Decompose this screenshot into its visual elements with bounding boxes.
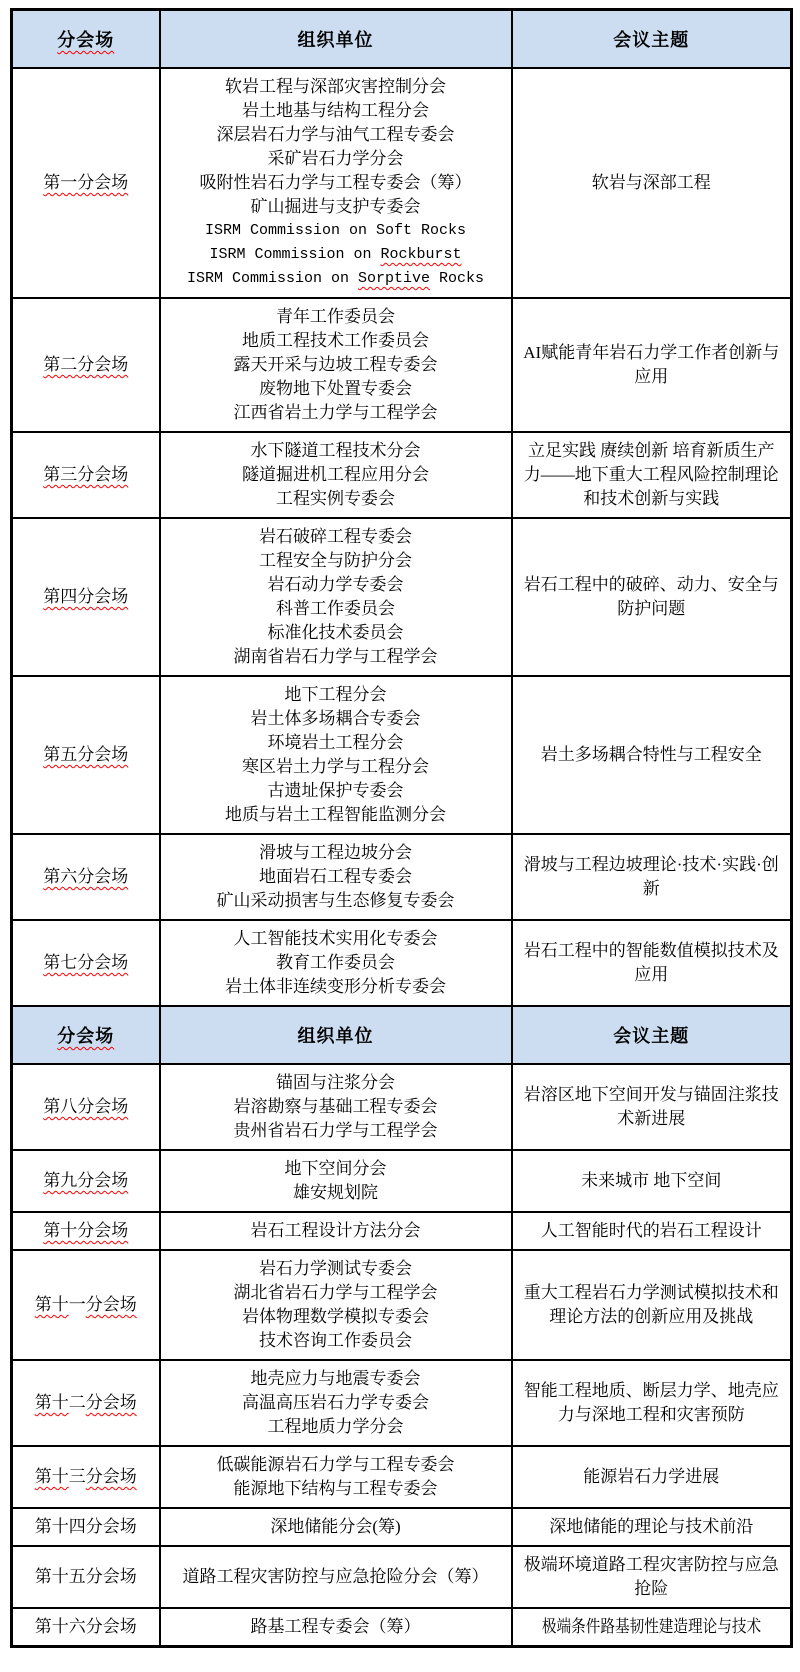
session-cell: 第九分会场 (12, 1150, 160, 1212)
org-unit-line: 岩石动力学专委会 (169, 573, 503, 597)
org-unit-text: 低碳能源岩石力学与工程专委会 (217, 1455, 455, 1474)
org-unit-line: 环境岩土工程分会 (169, 731, 503, 755)
theme-cell: 岩石工程中的智能数值模拟技术及应用 (512, 920, 792, 1006)
session-label-squiggle: 分会场 (86, 1295, 137, 1314)
table-body: 分会场 组织单位 会议主题 第一分会场 软岩工程与深部灾害控制分会岩土地基与结构… (12, 10, 792, 1647)
org-unit-text: Rocks (430, 270, 484, 287)
theme-text: 软岩与深部工程 (592, 171, 711, 195)
theme-cell: 岩石工程中的破碎、动力、安全与防护问题 (512, 518, 792, 676)
theme-cell: 立足实践 赓续创新 培育新质生产力——地下重大工程风险控制理论和技术创新与实践 (512, 432, 792, 518)
theme-cell: 能源岩石力学进展 (512, 1446, 792, 1508)
org-unit-text: 软岩工程与深部灾害控制分会 (225, 77, 446, 96)
org-unit-line: 软岩工程与深部灾害控制分会 (169, 75, 503, 99)
org-unit-line: 江西省岩土力学与工程学会 (169, 401, 503, 425)
org-unit-text: 技术咨询工作委员会 (259, 1331, 412, 1350)
theme-cell: 深地储能的理论与技术前沿 (512, 1508, 792, 1546)
theme-text: 智能工程地质、断层力学、地壳应力与深地工程和灾害预防 (521, 1379, 783, 1427)
org-unit-line: ISRM Commission on Sorptive Rocks (169, 267, 503, 291)
session-cell: 第二分会场 (12, 298, 160, 432)
org-unit-line: 深地储能分会(筹) (169, 1515, 503, 1539)
org-unit-line: 人工智能技术实用化专委会 (169, 927, 503, 951)
org-cell: 路基工程专委会（筹） (160, 1608, 512, 1647)
session-label-squiggle: 第八分会场 (43, 1097, 128, 1116)
org-unit-text: 能源地下结构与工程专委会 (234, 1479, 438, 1498)
header-cell-org: 组织单位 (160, 1006, 512, 1064)
org-unit-line: 露天开采与边坡工程专委会 (169, 353, 503, 377)
org-unit-text: 湖南省岩石力学与工程学会 (234, 647, 438, 666)
theme-cell: 软岩与深部工程 (512, 68, 792, 298)
theme-text: 重大工程岩石力学测试模拟技术和理论方法的创新应用及挑战 (521, 1281, 783, 1329)
org-cell: 地下空间分会雄安规划院 (160, 1150, 512, 1212)
org-unit-text: 岩土地基与结构工程分会 (242, 101, 429, 120)
org-unit-text: 工程安全与防护分会 (259, 551, 412, 570)
org-unit-text: 采矿岩石力学分会 (268, 149, 404, 168)
org-unit-line: 采矿岩石力学分会 (169, 147, 503, 171)
org-cell: 岩石工程设计方法分会 (160, 1212, 512, 1250)
org-unit-line: 教育工作委员会 (169, 951, 503, 975)
org-unit-text: 路基工程专委会（筹） (251, 1617, 421, 1636)
org-unit-line: 工程实例专委会 (169, 487, 503, 511)
org-unit-line: 岩石破碎工程专委会 (169, 525, 503, 549)
header-org-label: 组织单位 (298, 1026, 374, 1046)
theme-cell: 极端环境道路工程灾害防控与应急抢险 (512, 1546, 792, 1608)
header-cell-session: 分会场 (12, 10, 160, 69)
header-cell-session: 分会场 (12, 1006, 160, 1064)
header-org-label: 组织单位 (298, 30, 374, 50)
org-unit-line: 地下工程分会 (169, 683, 503, 707)
org-cell: 低碳能源岩石力学与工程专委会能源地下结构与工程专委会 (160, 1446, 512, 1508)
theme-cell: 人工智能时代的岩石工程设计 (512, 1212, 792, 1250)
org-unit-line: ISRM Commission on Rockburst (169, 243, 503, 267)
org-unit-text: 科普工作委员会 (276, 599, 395, 618)
org-cell: 岩石力学测试专委会湖北省岩石力学与工程学会岩体物理数学模拟专委会技术咨询工作委员… (160, 1250, 512, 1360)
theme-cell: 重大工程岩石力学测试模拟技术和理论方法的创新应用及挑战 (512, 1250, 792, 1360)
table-row: 第十二分会场 地壳应力与地震专委会高温高压岩石力学专委会工程地质力学分会 智能工… (12, 1360, 792, 1446)
theme-text: AI赋能青年岩石力学工作者创新与应用 (521, 341, 783, 389)
session-cell: 第十二分会场 (12, 1360, 160, 1446)
theme-text: 立足实践 赓续创新 培育新质生产力——地下重大工程风险控制理论和技术创新与实践 (521, 439, 783, 511)
header-cell-theme: 会议主题 (512, 10, 792, 69)
org-unit-line: 高温高压岩石力学专委会 (169, 1391, 503, 1415)
org-unit-text: 地面岩石工程专委会 (259, 867, 412, 886)
org-unit-text: 道路工程灾害防控与应急抢险分会（筹） (183, 1567, 489, 1586)
table-row: 第二分会场 青年工作委员会地质工程技术工作委员会露天开采与边坡工程专委会废物地下… (12, 298, 792, 432)
org-unit-text: 岩土体多场耦合专委会 (251, 709, 421, 728)
org-unit-text: 岩溶勘察与基础工程专委会 (234, 1097, 438, 1116)
org-unit-text: 地壳应力与地震专委会 (251, 1369, 421, 1388)
session-label-squiggle: 第四分会场 (43, 587, 128, 606)
org-unit-text: 青年工作委员会 (276, 307, 395, 326)
org-cell: 锚固与注浆分会岩溶勘察与基础工程专委会贵州省岩石力学与工程学会 (160, 1064, 512, 1150)
theme-cell: AI赋能青年岩石力学工作者创新与应用 (512, 298, 792, 432)
theme-cell: 滑坡与工程边坡理论·技术·实践·创新 (512, 834, 792, 920)
org-unit-text: 岩体物理数学模拟专委会 (242, 1307, 429, 1326)
table-row: 第一分会场 软岩工程与深部灾害控制分会岩土地基与结构工程分会深层岩石力学与油气工… (12, 68, 792, 298)
org-unit-text: 废物地下处置专委会 (259, 379, 412, 398)
session-cell: 第三分会场 (12, 432, 160, 518)
theme-text: 岩石工程中的破碎、动力、安全与防护问题 (521, 573, 783, 621)
org-unit-line: 矿山掘进与支护专委会 (169, 195, 503, 219)
session-cell: 第十五分会场 (12, 1546, 160, 1608)
org-unit-text: 滑坡与工程边坡分会 (259, 843, 412, 862)
org-cell: 道路工程灾害防控与应急抢险分会（筹） (160, 1546, 512, 1608)
org-cell: 水下隧道工程技术分会隧道掘进机工程应用分会工程实例专委会 (160, 432, 512, 518)
session-label-squiggle: 第十 (35, 1295, 69, 1314)
org-unit-text: 水下隧道工程技术分会 (251, 441, 421, 460)
org-unit-text: 教育工作委员会 (276, 953, 395, 972)
org-unit-line: 锚固与注浆分会 (169, 1071, 503, 1095)
theme-cell: 岩土多场耦合特性与工程安全 (512, 676, 792, 834)
org-unit-line: 路基工程专委会（筹） (169, 1615, 503, 1639)
org-unit-line: 地壳应力与地震专委会 (169, 1367, 503, 1391)
table-row: 第六分会场 滑坡与工程边坡分会地面岩石工程专委会矿山采动损害与生态修复专委会 滑… (12, 834, 792, 920)
org-unit-text: 岩土体非连续变形分析专委会 (225, 977, 446, 996)
org-unit-text: 环境岩土工程分会 (268, 733, 404, 752)
org-unit-text: 古遗址保护专委会 (268, 781, 404, 800)
org-unit-line: 地面岩石工程专委会 (169, 865, 503, 889)
session-label-squiggle: 第十分会场 (43, 1221, 128, 1240)
org-unit-line: 工程安全与防护分会 (169, 549, 503, 573)
org-unit-text: 江西省岩土力学与工程学会 (234, 403, 438, 422)
org-unit-line: 岩石力学测试专委会 (169, 1257, 503, 1281)
org-unit-text: 深层岩石力学与油气工程专委会 (217, 125, 455, 144)
org-unit-line: 低碳能源岩石力学与工程专委会 (169, 1453, 503, 1477)
org-unit-text-squiggle: Sorptive (358, 270, 430, 287)
session-label-squiggle: 分会场 (86, 1467, 137, 1486)
session-cell: 第一分会场 (12, 68, 160, 298)
org-unit-line: 废物地下处置专委会 (169, 377, 503, 401)
session-cell: 第十三分会场 (12, 1446, 160, 1508)
org-unit-text: 湖北省岩石力学与工程学会 (234, 1283, 438, 1302)
session-label-squiggle: 分会场 (86, 1393, 137, 1412)
header-session-label: 分会场 (57, 30, 114, 50)
org-unit-text: 岩石破碎工程专委会 (259, 527, 412, 546)
session-cell: 第十一分会场 (12, 1250, 160, 1360)
org-unit-line: 科普工作委员会 (169, 597, 503, 621)
org-unit-line: 贵州省岩石力学与工程学会 (169, 1119, 503, 1143)
org-unit-text: ISRM Commission on (209, 246, 380, 263)
org-unit-line: 工程地质力学分会 (169, 1415, 503, 1439)
org-unit-line: 雄安规划院 (169, 1181, 503, 1205)
org-unit-text: 工程地质力学分会 (268, 1417, 404, 1436)
org-unit-text: 雄安规划院 (293, 1183, 378, 1202)
org-unit-line: 能源地下结构与工程专委会 (169, 1477, 503, 1501)
org-cell: 软岩工程与深部灾害控制分会岩土地基与结构工程分会深层岩石力学与油气工程专委会采矿… (160, 68, 512, 298)
org-unit-line: 道路工程灾害防控与应急抢险分会（筹） (169, 1565, 503, 1589)
table-row: 第十五分会场 道路工程灾害防控与应急抢险分会（筹） 极端环境道路工程灾害防控与应… (12, 1546, 792, 1608)
org-cell: 人工智能技术实用化专委会教育工作委员会岩土体非连续变形分析专委会 (160, 920, 512, 1006)
org-unit-line: 岩溶勘察与基础工程专委会 (169, 1095, 503, 1119)
theme-text: 极端环境道路工程灾害防控与应急抢险 (521, 1553, 783, 1601)
document-page: 分会场 组织单位 会议主题 第一分会场 软岩工程与深部灾害控制分会岩土地基与结构… (0, 0, 800, 1672)
org-unit-line: 岩石工程设计方法分会 (169, 1219, 503, 1243)
session-label: 第十五分会场 (35, 1567, 137, 1586)
theme-text: 岩土多场耦合特性与工程安全 (541, 743, 762, 767)
org-unit-line: 岩土地基与结构工程分会 (169, 99, 503, 123)
org-unit-text: 锚固与注浆分会 (276, 1073, 395, 1092)
org-cell: 滑坡与工程边坡分会地面岩石工程专委会矿山采动损害与生态修复专委会 (160, 834, 512, 920)
org-unit-line: 深层岩石力学与油气工程专委会 (169, 123, 503, 147)
org-unit-line: 水下隧道工程技术分会 (169, 439, 503, 463)
header-cell-theme: 会议主题 (512, 1006, 792, 1064)
session-label-squiggle: 第三分会场 (43, 465, 128, 484)
header-session-label: 分会场 (57, 1026, 114, 1046)
table-row: 第三分会场 水下隧道工程技术分会隧道掘进机工程应用分会工程实例专委会 立足实践 … (12, 432, 792, 518)
theme-text: 滑坡与工程边坡理论·技术·实践·创新 (521, 853, 783, 901)
org-unit-text-squiggle: Rockburst (381, 246, 462, 263)
header-theme-label: 会议主题 (613, 1026, 689, 1046)
session-cell: 第四分会场 (12, 518, 160, 676)
org-unit-line: 地下空间分会 (169, 1157, 503, 1181)
session-label-squiggle: 第五分会场 (43, 745, 128, 764)
org-unit-text: 地下工程分会 (285, 685, 387, 704)
org-unit-line: 技术咨询工作委员会 (169, 1329, 503, 1353)
org-cell: 青年工作委员会地质工程技术工作委员会露天开采与边坡工程专委会废物地下处置专委会江… (160, 298, 512, 432)
session-cell: 第六分会场 (12, 834, 160, 920)
org-unit-text: 隧道掘进机工程应用分会 (242, 465, 429, 484)
org-unit-line: 地质工程技术工作委员会 (169, 329, 503, 353)
session-cell: 第十六分会场 (12, 1608, 160, 1647)
theme-cell: 岩溶区地下空间开发与锚固注浆技术新进展 (512, 1064, 792, 1150)
org-unit-text: 深地储能分会(筹) (270, 1517, 400, 1536)
org-unit-line: 地质与岩土工程智能监测分会 (169, 803, 503, 827)
org-unit-line: 标准化技术委员会 (169, 621, 503, 645)
table-row: 第四分会场 岩石破碎工程专委会工程安全与防护分会岩石动力学专委会科普工作委员会标… (12, 518, 792, 676)
org-unit-line: 吸附性岩石力学与工程专委会（筹） (169, 171, 503, 195)
theme-text: 岩溶区地下空间开发与锚固注浆技术新进展 (521, 1083, 783, 1131)
theme-text: 能源岩石力学进展 (583, 1465, 719, 1489)
session-cell: 第十四分会场 (12, 1508, 160, 1546)
table-row: 第十六分会场 路基工程专委会（筹） 极端条件路基韧性建造理论与技术 (12, 1608, 792, 1647)
org-unit-text: 标准化技术委员会 (268, 623, 404, 642)
session-label-squiggle: 第六分会场 (43, 867, 128, 886)
org-unit-text: 岩石工程设计方法分会 (251, 1221, 421, 1240)
org-unit-text: 矿山掘进与支护专委会 (251, 197, 421, 216)
header-theme-label: 会议主题 (613, 30, 689, 50)
org-cell: 岩石破碎工程专委会工程安全与防护分会岩石动力学专委会科普工作委员会标准化技术委员… (160, 518, 512, 676)
theme-text: 深地储能的理论与技术前沿 (549, 1515, 753, 1539)
org-unit-line: 岩土体多场耦合专委会 (169, 707, 503, 731)
org-unit-text: 人工智能技术实用化专委会 (234, 929, 438, 948)
header-cell-org: 组织单位 (160, 10, 512, 69)
theme-text: 未来城市 地下空间 (581, 1169, 721, 1193)
org-unit-text: ISRM Commission on Soft Rocks (205, 222, 466, 239)
session-label-squiggle: 第七分会场 (43, 953, 128, 972)
session-label-squiggle: 第十 (35, 1393, 69, 1412)
session-cell: 第十分会场 (12, 1212, 160, 1250)
table-header-row: 分会场 组织单位 会议主题 (12, 1006, 792, 1064)
org-unit-text: 吸附性岩石力学与工程专委会（筹） (200, 173, 472, 192)
session-cell: 第五分会场 (12, 676, 160, 834)
org-unit-text: 工程实例专委会 (276, 489, 395, 508)
theme-cell: 未来城市 地下空间 (512, 1150, 792, 1212)
org-unit-line: ISRM Commission on Soft Rocks (169, 219, 503, 243)
session-label-squiggle: 第一分会场 (43, 173, 128, 192)
table-row: 第十一分会场 岩石力学测试专委会湖北省岩石力学与工程学会岩体物理数学模拟专委会技… (12, 1250, 792, 1360)
org-unit-line: 湖南省岩石力学与工程学会 (169, 645, 503, 669)
org-unit-line: 矿山采动损害与生态修复专委会 (169, 889, 503, 913)
org-unit-text: 寒区岩土力学与工程分会 (242, 757, 429, 776)
org-unit-text: 岩石动力学专委会 (268, 575, 404, 594)
table-row: 第八分会场 锚固与注浆分会岩溶勘察与基础工程专委会贵州省岩石力学与工程学会 岩溶… (12, 1064, 792, 1150)
org-unit-text: 地质与岩土工程智能监测分会 (225, 805, 446, 824)
theme-cell: 智能工程地质、断层力学、地壳应力与深地工程和灾害预防 (512, 1360, 792, 1446)
conference-session-table: 分会场 组织单位 会议主题 第一分会场 软岩工程与深部灾害控制分会岩土地基与结构… (10, 8, 793, 1648)
table-row: 第五分会场 地下工程分会岩土体多场耦合专委会环境岩土工程分会寒区岩土力学与工程分… (12, 676, 792, 834)
org-unit-line: 岩体物理数学模拟专委会 (169, 1305, 503, 1329)
theme-text: 岩石工程中的智能数值模拟技术及应用 (521, 939, 783, 987)
session-cell: 第七分会场 (12, 920, 160, 1006)
theme-text: 人工智能时代的岩石工程设计 (541, 1219, 762, 1243)
table-row: 第十四分会场 深地储能分会(筹) 深地储能的理论与技术前沿 (12, 1508, 792, 1546)
org-unit-text: 贵州省岩石力学与工程学会 (234, 1121, 438, 1140)
session-cell: 第八分会场 (12, 1064, 160, 1150)
table-row: 第十三分会场 低碳能源岩石力学与工程专委会能源地下结构与工程专委会 能源岩石力学… (12, 1446, 792, 1508)
org-unit-line: 寒区岩土力学与工程分会 (169, 755, 503, 779)
session-label: 二 (69, 1393, 86, 1412)
org-cell: 深地储能分会(筹) (160, 1508, 512, 1546)
org-unit-line: 滑坡与工程边坡分会 (169, 841, 503, 865)
org-unit-text: 露天开采与边坡工程专委会 (234, 355, 438, 374)
org-cell: 地下工程分会岩土体多场耦合专委会环境岩土工程分会寒区岩土力学与工程分会古遗址保护… (160, 676, 512, 834)
table-row: 第七分会场 人工智能技术实用化专委会教育工作委员会岩土体非连续变形分析专委会 岩… (12, 920, 792, 1006)
session-label-squiggle: 第九分会场 (43, 1171, 128, 1190)
theme-text: 极端条件路基韧性建造理论与技术 (542, 1615, 761, 1639)
org-unit-line: 岩土体非连续变形分析专委会 (169, 975, 503, 999)
session-label: 三 (69, 1467, 86, 1486)
theme-cell: 极端条件路基韧性建造理论与技术 (512, 1608, 792, 1647)
session-label: 第十四分会场 (35, 1517, 137, 1536)
session-label: 第十六分会场 (35, 1617, 137, 1636)
org-unit-text: 高温高压岩石力学专委会 (242, 1393, 429, 1412)
org-unit-line: 古遗址保护专委会 (169, 779, 503, 803)
session-label-squiggle: 第十 (35, 1467, 69, 1486)
table-row: 第九分会场 地下空间分会雄安规划院 未来城市 地下空间 (12, 1150, 792, 1212)
org-unit-text: ISRM Commission on (187, 270, 358, 287)
session-label-squiggle: 第二分会场 (43, 355, 128, 374)
session-label: 一 (69, 1295, 86, 1314)
org-unit-text: 地下空间分会 (285, 1159, 387, 1178)
table-header-row: 分会场 组织单位 会议主题 (12, 10, 792, 69)
org-unit-line: 湖北省岩石力学与工程学会 (169, 1281, 503, 1305)
org-unit-text: 地质工程技术工作委员会 (242, 331, 429, 350)
org-unit-line: 青年工作委员会 (169, 305, 503, 329)
table-row: 第十分会场 岩石工程设计方法分会 人工智能时代的岩石工程设计 (12, 1212, 792, 1250)
org-unit-text: 矿山采动损害与生态修复专委会 (217, 891, 455, 910)
org-unit-text: 岩石力学测试专委会 (259, 1259, 412, 1278)
org-unit-line: 隧道掘进机工程应用分会 (169, 463, 503, 487)
org-cell: 地壳应力与地震专委会高温高压岩石力学专委会工程地质力学分会 (160, 1360, 512, 1446)
